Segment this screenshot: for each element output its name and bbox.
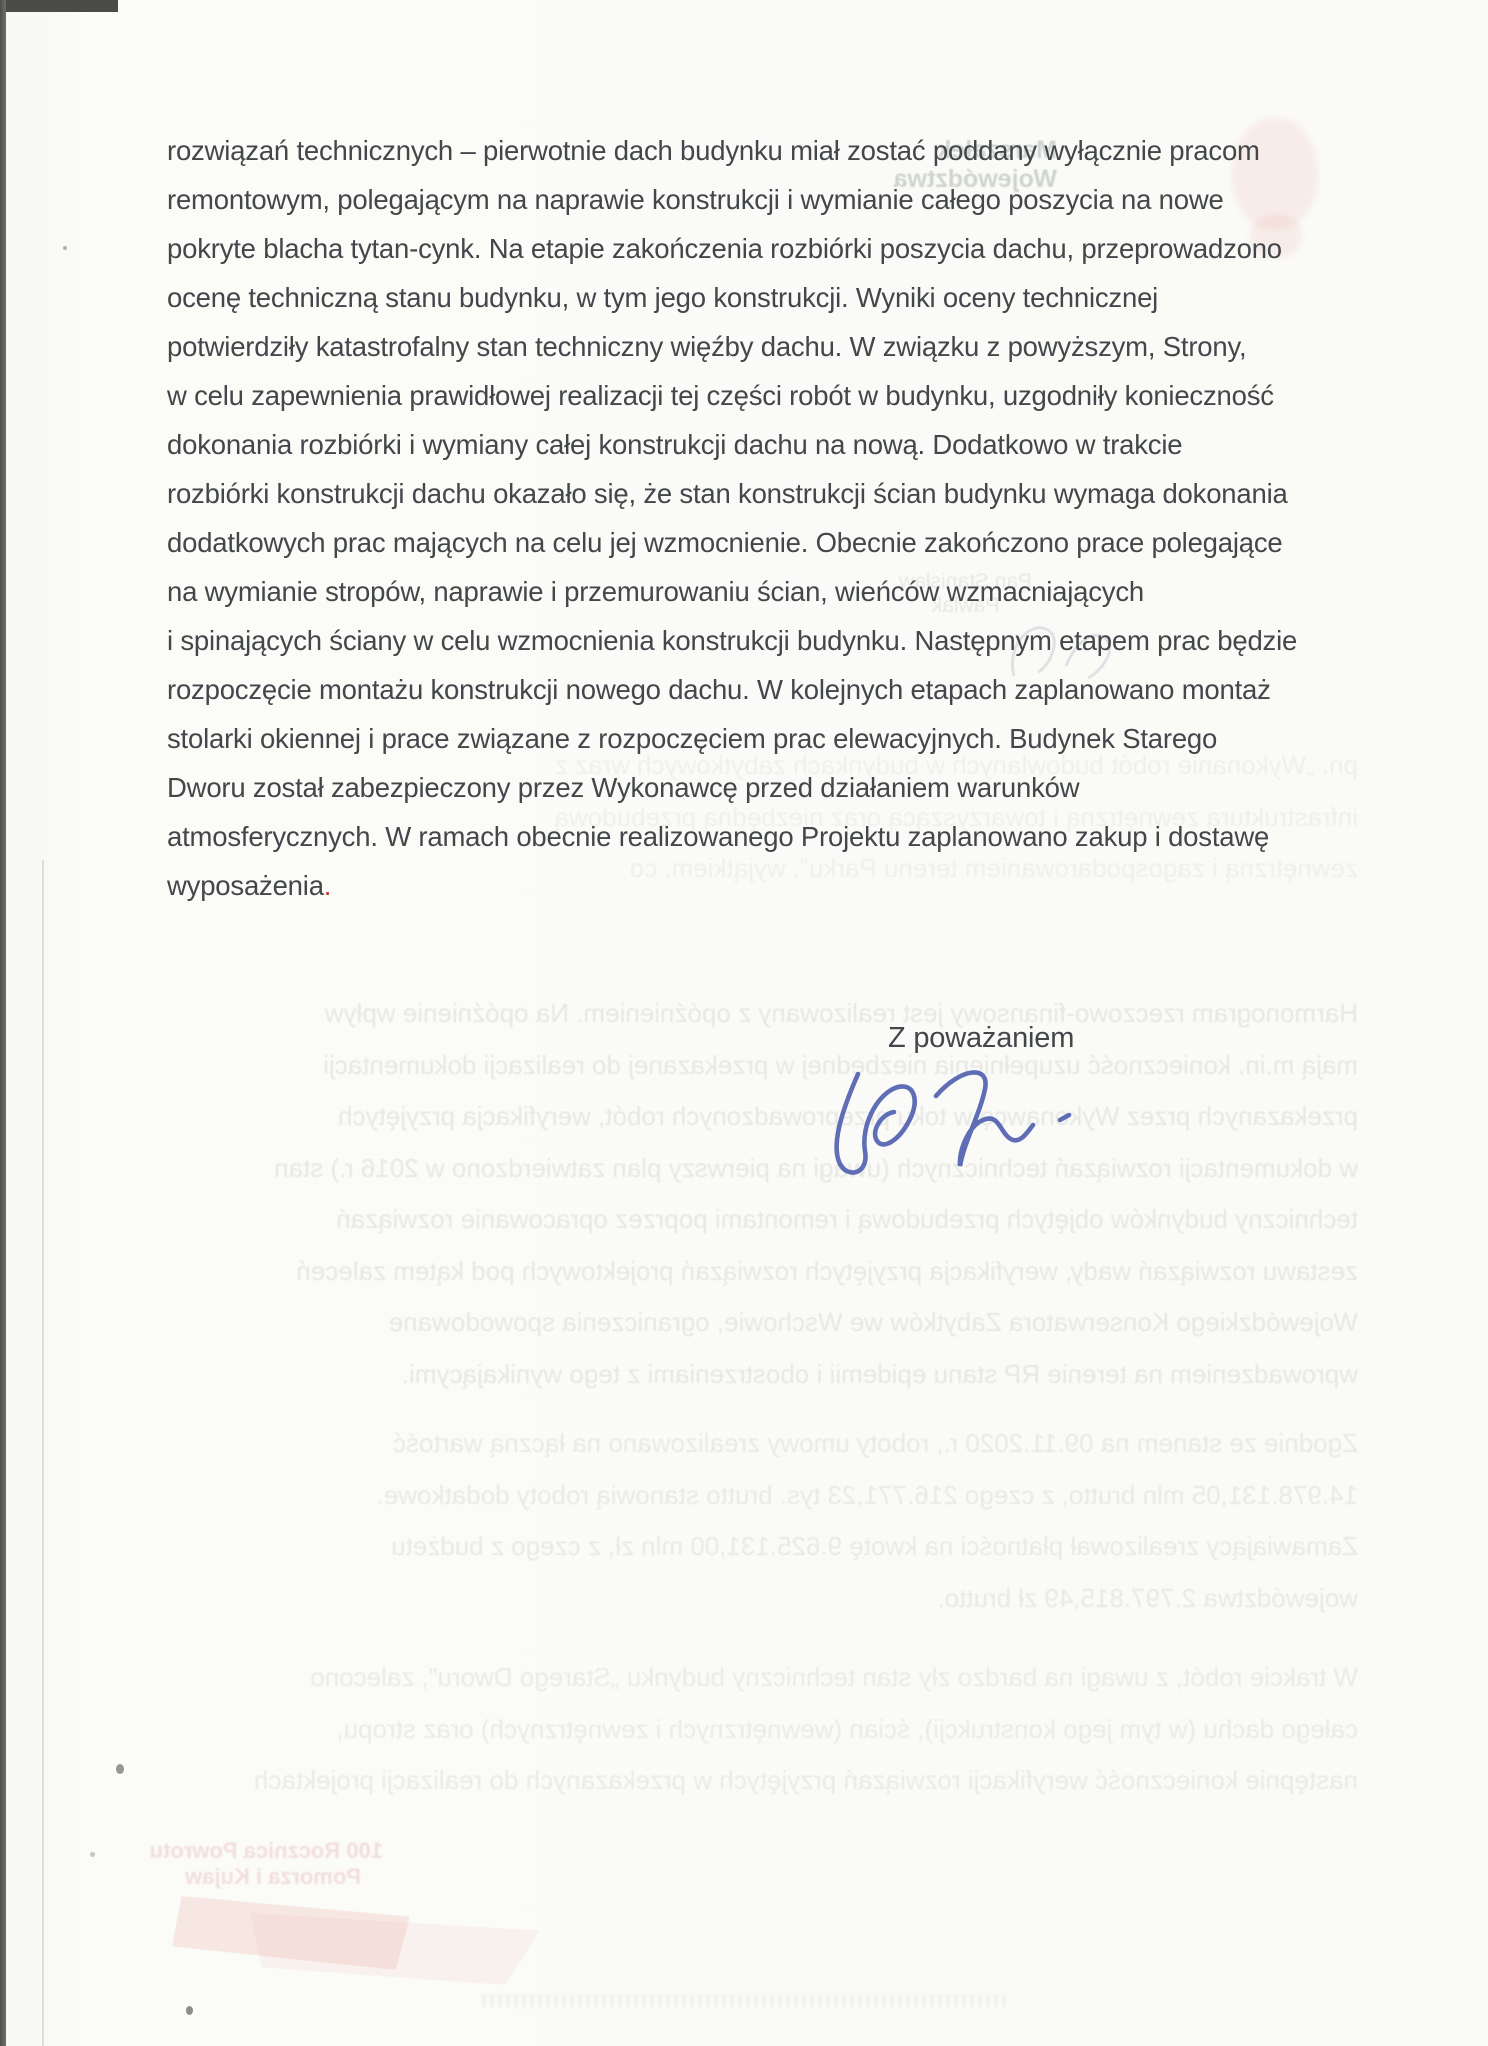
- scanned-letter-page: Marszałek Województwa Pan Stanisław Pawl…: [0, 0, 1488, 2046]
- bleed-text-line: zestawu rozwiązań wady, weryfikacja przy…: [143, 1246, 1358, 1298]
- bleed-text-line: Zamawiający zrealizował płatności na kwo…: [143, 1521, 1358, 1573]
- bleed-text-line: województwa 2.797.815,49 zł brutto.: [143, 1573, 1358, 1625]
- red-period: .: [324, 870, 331, 901]
- bleed-text-line: Zgodnie ze stanem na 09.11.2020 r., robo…: [143, 1418, 1358, 1470]
- handwritten-signature: [824, 1062, 1094, 1194]
- letter-body: rozwiązań technicznych – pierwotnie dach…: [167, 126, 1377, 910]
- dust-speck: [90, 1852, 95, 1857]
- scan-edge-left-strip: [0, 0, 6, 2046]
- body-line: potwierdziły katastrofalny stan technicz…: [167, 322, 1377, 371]
- body-line: rozpoczęcie montażu konstrukcji nowego d…: [167, 665, 1377, 714]
- body-line: remontowym, polegającym na naprawie kons…: [167, 175, 1377, 224]
- bleed-text-line: techniczny budynków objętych przebudową …: [143, 1194, 1358, 1246]
- dust-speck: [63, 246, 67, 250]
- bleedthrough-paragraph: W trakcie robót, z uwagi na bardzo zły s…: [143, 1652, 1358, 1807]
- body-last-word: wyposażenia: [167, 870, 324, 901]
- bleed-text-line: 14.978.131,05 mln brutto, z czego 216.77…: [143, 1470, 1358, 1522]
- bleed-text-line: Wojewódzkiego Konserwatora Zabytków we W…: [143, 1297, 1358, 1349]
- bleed-logo-line: Pomorza i Kujaw: [163, 1864, 383, 1890]
- bleedthrough-paragraph: Harmonogram rzeczowo-finansowy jest real…: [143, 988, 1358, 1400]
- bleed-text-line: w dokumentacji rozwiązań technicznych (u…: [143, 1143, 1358, 1195]
- body-line: pokryte blacha tytan-cynk. Na etapie zak…: [167, 224, 1377, 273]
- bleed-text-line: mają m.in. konieczność uzupełnienia niez…: [143, 1040, 1358, 1092]
- scan-edge-top-bar: [0, 0, 118, 12]
- body-line: na wymianie stropów, naprawie i przemuro…: [167, 567, 1377, 616]
- body-last-line: wyposażenia.: [167, 861, 1377, 910]
- bleed-text-line: Harmonogram rzeczowo-finansowy jest real…: [143, 988, 1358, 1040]
- body-line: rozwiązań technicznych – pierwotnie dach…: [167, 126, 1377, 175]
- bleedthrough-paragraph: Zgodnie ze stanem na 09.11.2020 r., robo…: [143, 1418, 1358, 1624]
- page-edge-line: [42, 860, 44, 2046]
- body-line: dodatkowych prac mających na celu jej wz…: [167, 518, 1377, 567]
- body-line: dokonania rozbiórki i wymiany całej kons…: [167, 420, 1377, 469]
- bleed-text-line: wprowadzeniem na terenie RP stanu epidem…: [143, 1349, 1358, 1401]
- body-line: Dworu został zabezpieczony przez Wykonaw…: [167, 763, 1377, 812]
- bleed-logo-line: 100 Rocznica Powrotu: [163, 1838, 383, 1864]
- bleed-text-line: W trakcie robót, z uwagi na bardzo zły s…: [143, 1652, 1358, 1704]
- body-line: rozbiórki konstrukcji dachu okazało się,…: [167, 469, 1377, 518]
- closing-salutation: Z poważaniem: [888, 1022, 1074, 1055]
- body-line: stolarki okiennej i prace związane z roz…: [167, 714, 1377, 763]
- body-line: w celu zapewnienia prawidłowej realizacj…: [167, 371, 1377, 420]
- bleedthrough-anniversary-logo: 100 Rocznica Powrotu Pomorza i Kujaw: [163, 1838, 383, 1890]
- bleedthrough-footer-text-band: [482, 1994, 1010, 2007]
- body-line: i spinających ściany w celu wzmocnienia …: [167, 616, 1377, 665]
- dust-speck: [186, 2006, 193, 2015]
- dust-speck: [116, 1764, 124, 1774]
- bleed-text-line: następnie konieczność weryfikacji rozwią…: [143, 1755, 1358, 1807]
- body-line: atmosferycznych. W ramach obecnie realiz…: [167, 812, 1377, 861]
- body-line: ocenę techniczną stanu budynku, w tym je…: [167, 273, 1377, 322]
- bleed-text-line: przekazanych przez Wykonawcę w toku prze…: [143, 1091, 1358, 1143]
- bleed-text-line: całego dachu (w tym jego konstrukcji), ś…: [143, 1704, 1358, 1756]
